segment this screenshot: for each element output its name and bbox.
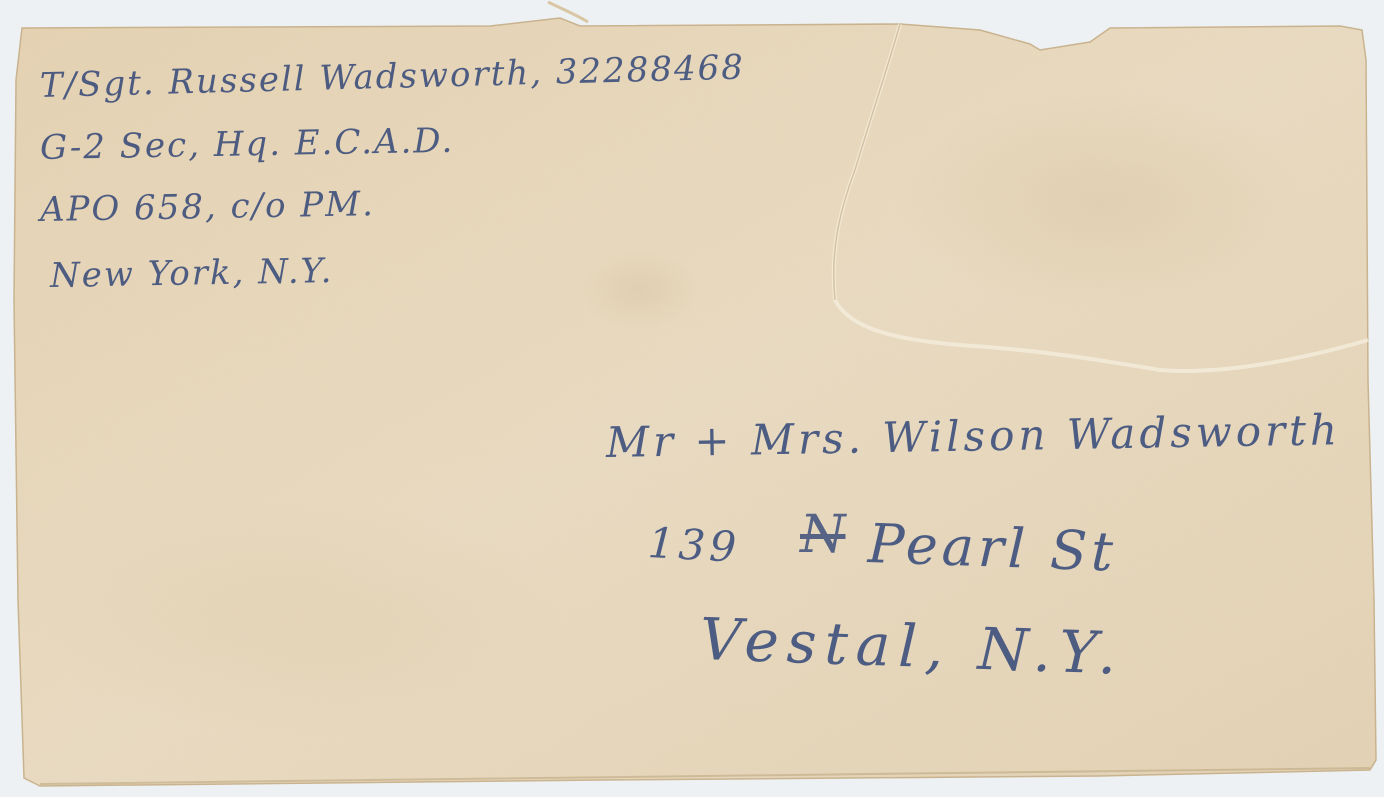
envelope-photo: T/Sgt. Russell Wadsworth, 32288468 G-2 S… [0,0,1384,797]
recipient-street-number: 139 [647,518,742,572]
return-address-line-3: APO 658, c/o PM. [40,184,376,230]
struck-out-letter: N [800,505,846,565]
envelope-paper [0,0,1384,797]
recipient-street: Pearl St [867,512,1118,584]
return-address-line-4: New York, N.Y. [50,251,334,296]
return-address-line-2: G-2 Sec, Hq. E.C.A.D. [40,121,455,168]
